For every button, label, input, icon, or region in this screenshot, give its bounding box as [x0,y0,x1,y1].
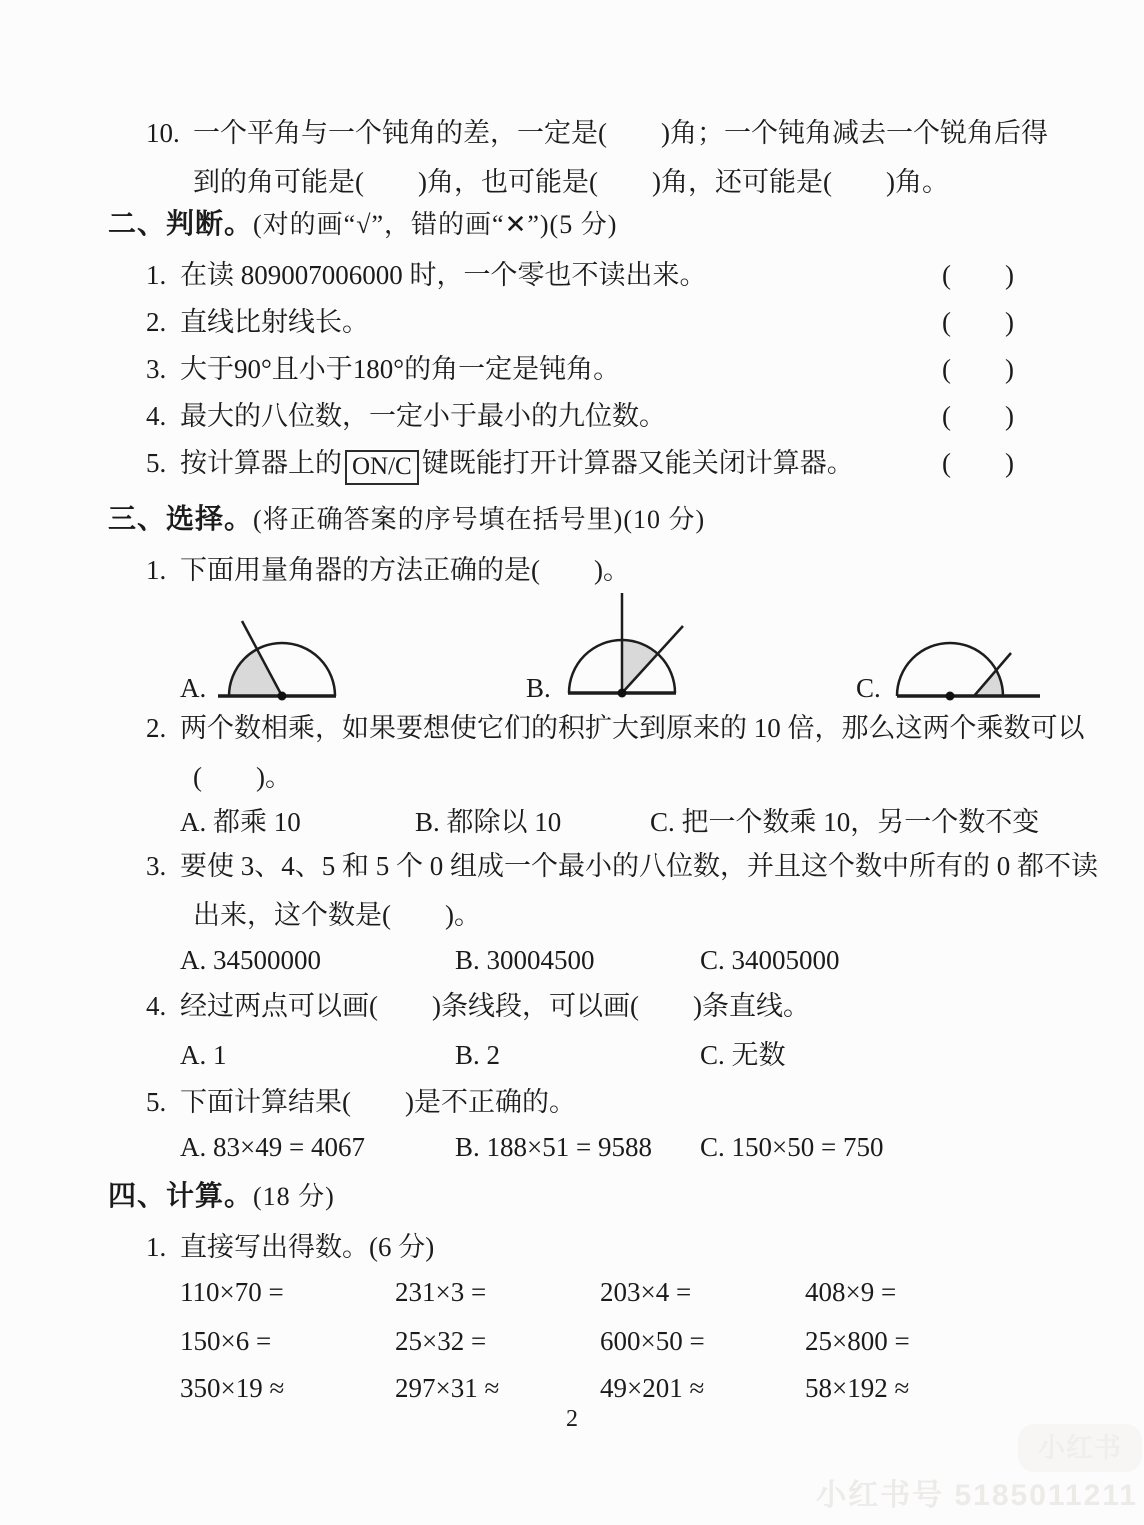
judgment-item-1-body: 在读 809007006000 时，一个零也不读出来。 [180,260,707,290]
section-2-subtitle: (对的画“√”，错的画“✕”)(5 分) [253,210,617,239]
judgment-item-4-answer-bracket[interactable]: ( ) [942,399,1014,433]
section-2-title: 二、判断。 [108,208,253,239]
choice-item-5-body: 下面计算结果( )是不正确的。 [180,1087,576,1117]
figure-a-label: A. [180,673,206,703]
judgment-item-4-text: 4.最大的八位数，一定小于最小的九位数。 [108,399,942,433]
question-10-text-2: 到的角可能是( )角，也可能是( )角，还可能是( )角。 [193,167,949,197]
choice-5-option-a[interactable]: A. 83×49 = 4067 [180,1130,455,1164]
choice-item-4-body: 经过两点可以画( )条线段，可以画( )条直线。 [180,991,810,1021]
calc-problem[interactable]: 49×201 ≈ [600,1371,805,1405]
calc-problem[interactable]: 25×800 = [805,1324,1014,1358]
choice-5-option-c[interactable]: C. 150×50 = 750 [700,1130,1014,1164]
calc-problem[interactable]: 150×6 = [180,1324,395,1358]
section-4-title: 四、计算。 [108,1180,253,1211]
calc-problem[interactable]: 203×4 = [600,1275,805,1309]
choice-item-2-body: 两个数相乘，如果要想使它们的积扩大到原来的 10 倍，那么这两个乘数可以 [180,713,1085,743]
calc-problem[interactable]: 231×3 = [395,1275,600,1309]
calculator-onc-key: ON/C [345,450,419,485]
calc-problem[interactable]: 25×32 = [395,1324,600,1358]
protractor-c-diagram [890,608,1045,703]
choice-4-option-c[interactable]: C. 无数 [700,1038,1014,1072]
judgment-item-2-body: 直线比射线长。 [180,307,369,337]
choice-5-option-b[interactable]: B. 188×51 = 9588 [455,1130,700,1164]
judgment-item-1-text: 1.在读 809007006000 时，一个零也不读出来。 [108,258,942,292]
judgment-item-3: 3.大于90°且小于180°的角一定是钝角。 ( ) [108,352,1014,386]
section-3-subtitle: (将正确答案的序号填在括号里)(10 分) [253,505,705,534]
protractor-b-diagram [560,585,695,703]
judgment-item-2-answer-bracket[interactable]: ( ) [942,305,1014,339]
protractor-figures-row: A. B. [108,589,1014,709]
judgment-item-4-body: 最大的八位数，一定小于最小的九位数。 [180,401,666,431]
choice-item-5-number: 5. [146,1085,180,1119]
judgment-item-1-number: 1. [146,258,180,292]
section-3-title: 三、选择。 [108,503,253,534]
section-4-header: 四、计算。(18 分) [108,1179,1014,1213]
calc-problem[interactable]: 600×50 = [600,1324,805,1358]
question-10-text-1: 一个平角与一个钝角的差，一定是( )角；一个钝角减去一个锐角后得 [193,118,1048,148]
question-10-line-2: 到的角可能是( )角，也可能是( )角，还可能是( )角。 [108,165,1014,199]
choice-item-3-body: 要使 3、4、5 和 5 个 0 组成一个最小的八位数，并且这个数中所有的 0 … [180,851,1098,881]
choice-2-option-b[interactable]: B. 都除以 10 [415,805,650,839]
choice-item-1-number: 1. [146,553,180,587]
calc-problem[interactable]: 408×9 = [805,1275,1014,1309]
choice-3-option-c[interactable]: C. 34005000 [700,943,1014,977]
judgment-item-5: 5.按计算器上的ON/C键既能打开计算器又能关闭计算器。 ( ) [108,446,1014,480]
judgment-item-2-number: 2. [146,305,180,339]
protractor-figure-a: A. [180,608,350,703]
judgment-item-1-answer-bracket[interactable]: ( ) [942,258,1014,292]
choice-item-2-line-2: ( )。 [108,760,1014,794]
choice-item-3-line-1: 3.要使 3、4、5 和 5 个 0 组成一个最小的八位数，并且这个数中所有的 … [108,849,1014,883]
judgment-item-5-text: 5.按计算器上的ON/C键既能打开计算器又能关闭计算器。 [108,446,942,480]
calc-subquestion-header: 1.直接写出得数。(6 分) [108,1230,1014,1264]
protractor-a-diagram [215,608,350,703]
protractor-figure-b: B. [526,585,695,703]
calc-problem[interactable]: 297×31 ≈ [395,1371,600,1405]
choice-3-option-b[interactable]: B. 30004500 [455,943,700,977]
page-number: 2 [0,1406,1144,1433]
calc-subquestion-number: 1. [146,1230,180,1264]
choice-item-3-bracket[interactable]: 出来，这个数是( )。 [193,900,481,930]
question-10-number: 10. [146,116,193,150]
choice-item-5-options: A. 83×49 = 4067 B. 188×51 = 9588 C. 150×… [108,1130,1014,1164]
judgment-item-5-answer-bracket[interactable]: ( ) [942,446,1014,480]
calc-row-3: 350×19 ≈ 297×31 ≈ 49×201 ≈ 58×192 ≈ [108,1371,1014,1405]
choice-item-1-body: 下面用量角器的方法正确的是( )。 [180,555,630,585]
exam-page: 10.一个平角与一个钝角的差，一定是( )角；一个钝角减去一个锐角后得 到的角可… [0,0,1144,1525]
choice-item-2-options: A. 都乘 10 B. 都除以 10 C. 把一个数乘 10，另一个数不变 [108,805,1014,839]
calc-subquestion-text: 直接写出得数。(6 分) [180,1232,434,1262]
choice-item-3-number: 3. [146,849,180,883]
section-4-subtitle: (18 分) [253,1182,335,1211]
calc-problem[interactable]: 350×19 ≈ [180,1371,395,1405]
xiaohongshu-badge: 小红书 [1018,1424,1142,1472]
calc-problem[interactable]: 58×192 ≈ [805,1371,1014,1405]
judgment-item-2: 2.直线比射线长。 ( ) [108,305,1014,339]
choice-item-4: 4.经过两点可以画( )条线段，可以画( )条直线。 [108,989,1014,1023]
section-2-header: 二、判断。(对的画“√”，错的画“✕”)(5 分) [108,207,1014,241]
choice-item-3-options: A. 34500000 B. 30004500 C. 34005000 [108,943,1014,977]
choice-item-2-bracket[interactable]: ( )。 [193,762,292,792]
judgment-item-1: 1.在读 809007006000 时，一个零也不读出来。 ( ) [108,258,1014,292]
calc-row-1: 110×70 = 231×3 = 203×4 = 408×9 = [108,1275,1014,1309]
judgment-item-2-text: 2.直线比射线长。 [108,305,942,339]
choice-item-1: 1.下面用量角器的方法正确的是( )。 [108,553,1014,587]
choice-2-option-a[interactable]: A. 都乘 10 [180,805,415,839]
judgment-item-3-body: 大于90°且小于180°的角一定是钝角。 [180,354,620,384]
choice-item-2-number: 2. [146,711,180,745]
choice-item-2-line-1: 2.两个数相乘，如果要想使它们的积扩大到原来的 10 倍，那么这两个乘数可以 [108,711,1014,745]
judgment-item-3-text: 3.大于90°且小于180°的角一定是钝角。 [108,352,942,386]
choice-4-option-a[interactable]: A. 1 [180,1038,455,1072]
choice-item-4-number: 4. [146,989,180,1023]
question-10-line-1: 10.一个平角与一个钝角的差，一定是( )角；一个钝角减去一个锐角后得 [108,116,1014,150]
choice-4-option-b[interactable]: B. 2 [455,1038,700,1072]
judgment-item-5-number: 5. [146,446,180,480]
judgment-item-3-number: 3. [146,352,180,386]
figure-b-label: B. [526,673,551,703]
xiaohongshu-watermark-text: 小红书号 5185011211 [816,1470,1138,1514]
exam-content: 10.一个平角与一个钝角的差，一定是( )角；一个钝角减去一个锐角后得 到的角可… [0,0,1144,1405]
calc-problem[interactable]: 110×70 = [180,1275,395,1309]
choice-item-3-line-2: 出来，这个数是( )。 [108,898,1014,932]
judgment-item-5-prefix: 按计算器上的 [180,448,342,478]
figure-c-label: C. [856,673,881,703]
choice-item-5: 5.下面计算结果( )是不正确的。 [108,1085,1014,1119]
judgment-item-4-number: 4. [146,399,180,433]
choice-item-4-options: A. 1 B. 2 C. 无数 [108,1038,1014,1072]
choice-3-option-a[interactable]: A. 34500000 [180,943,455,977]
protractor-figure-c: C. [856,608,1045,703]
section-3-header: 三、选择。(将正确答案的序号填在括号里)(10 分) [108,502,1014,536]
choice-2-option-c[interactable]: C. 把一个数乘 10，另一个数不变 [650,805,1039,839]
judgment-item-5-suffix: 键既能打开计算器又能关闭计算器。 [422,448,854,478]
calc-row-2: 150×6 = 25×32 = 600×50 = 25×800 = [108,1324,1014,1358]
judgment-item-3-answer-bracket[interactable]: ( ) [942,352,1014,386]
judgment-item-4: 4.最大的八位数，一定小于最小的九位数。 ( ) [108,399,1014,433]
